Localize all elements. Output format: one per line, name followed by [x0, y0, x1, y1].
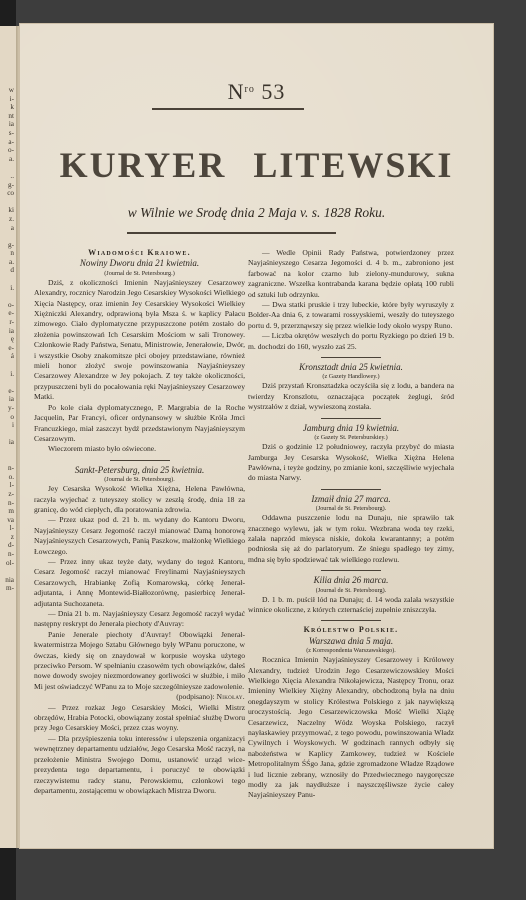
article-paragraph: — Przez inny ukaz teyże daty, wydany do … [34, 557, 245, 609]
article-separator [110, 460, 170, 461]
article-source: (z Korrespondenta Warszawskiego). [248, 646, 454, 655]
article-source: (z Gazety Handlowey.) [248, 372, 454, 381]
article-paragraph: Jey Cesarska Wysokość Wielka Xiężna, Hel… [34, 484, 245, 515]
article-separator [321, 570, 381, 571]
issue-prefix-sup: ro [245, 84, 255, 95]
header-rule [127, 232, 336, 234]
article-heading: Jamburg dnia 19 kwietnia. [248, 423, 454, 433]
signature-label: (podpisano): [176, 692, 214, 701]
signature-name: Nikołay. [217, 692, 246, 701]
newspaper-page: Nro 53 KURYER LITEWSKI w Wilnie we Srodę… [20, 24, 493, 848]
issue-rule [152, 108, 304, 110]
article-paragraph: Wieczorem miasto było oświecone. [34, 444, 245, 454]
previous-page-edge: w i- k nt ia s- a- o- a. .. g- co ki z. … [0, 26, 17, 848]
issue-number: Nro 53 [20, 79, 493, 105]
article-paragraph: — Przez ukaz pod d. 21 b. m. wydany do K… [34, 515, 245, 557]
article-paragraph: — Liczba okrętów weszłych do portu Ryzki… [248, 331, 454, 352]
section-title-poland: Królestwo Polskie. [248, 625, 454, 635]
article-paragraph: Rocznica Imienin Nayjaśnieyszey Cesarzow… [248, 655, 454, 801]
right-column: — Wedle Opinii Rady Państwa, potwierdzon… [248, 248, 454, 801]
article-paragraph: Dziś o godzinie 12 południowey, raczyła … [248, 442, 454, 484]
article-paragraph: Po kole ciała dyplomatycznego, P. Margra… [34, 403, 245, 445]
article-separator [321, 489, 381, 490]
article-source: (z Gazety St. Petersburskiey.) [248, 433, 454, 442]
article-heading: Kilia dnia 26 marca. [248, 575, 454, 585]
article-paragraph: Oddawna puszczenie lodu na Dunaju, nie s… [248, 513, 454, 565]
article-paragraph: — Dla przyśpieszenia toku interessów i u… [34, 734, 245, 796]
left-column: Wiadomości Kraiowe. Nowiny Dworu dnia 21… [34, 248, 245, 796]
signature: (podpisano): Nikołay. [34, 692, 245, 702]
article-separator [321, 418, 381, 419]
article-paragraph: — Dnia 21 b. m. Nayjaśnieyszy Cesarz Jeg… [34, 609, 245, 630]
issue-number-value: 53 [261, 79, 285, 104]
article-paragraph: Dziś przystań Kronsztadzka oczyściła się… [248, 381, 454, 412]
issue-prefix: N [228, 79, 245, 104]
article-paragraph: — Wedle Opinii Rady Państwa, potwierdzon… [248, 248, 454, 300]
article-paragraph: Panie Jenerale piechoty d'Auvray! Obowią… [34, 630, 245, 692]
article-source: (Journal de St. Petersbourg.) [34, 269, 245, 278]
section-title-domestic: Wiadomości Kraiowe. [34, 248, 245, 258]
article-paragraph: — Przez rozkaz Jego Cesarskiey Mości, Wi… [34, 703, 245, 734]
article-heading: Izmaił dnia 27 marca. [248, 494, 454, 504]
article-heading: Sankt-Petersburg, dnia 25 kwietnia. [34, 465, 245, 475]
article-heading: Warszawa dnia 5 maja. [248, 636, 454, 646]
article-source: (Journal de St. Petersbourg). [248, 586, 454, 595]
dateline: w Wilnie we Srodę dnia 2 Maja v. s. 1828… [20, 205, 493, 221]
masthead-title: KURYER LITEWSKI [20, 144, 493, 186]
article-heading: Nowiny Dworu dnia 21 kwietnia. [34, 258, 245, 268]
previous-page-text-fragments: w i- k nt ia s- a- o- a. .. g- co ki z. … [0, 86, 16, 593]
article-paragraph: Dziś, z okoliczności Imienin Nayjaśnieys… [34, 278, 245, 403]
article-separator [321, 620, 381, 621]
article-paragraph: D. 1 b. m. puścił lód na Dunaju; d. 14 w… [248, 595, 454, 616]
article-separator [321, 357, 381, 358]
article-heading: Kronsztadt dnia 25 kwietnia. [248, 362, 454, 372]
article-source: (Journal de St. Petersbourg). [248, 504, 454, 513]
article-paragraph: — Dwa statki pruskie i trzy lubeckie, kt… [248, 300, 454, 331]
article-source: (Journal de St. Petersbourg). [34, 475, 245, 484]
